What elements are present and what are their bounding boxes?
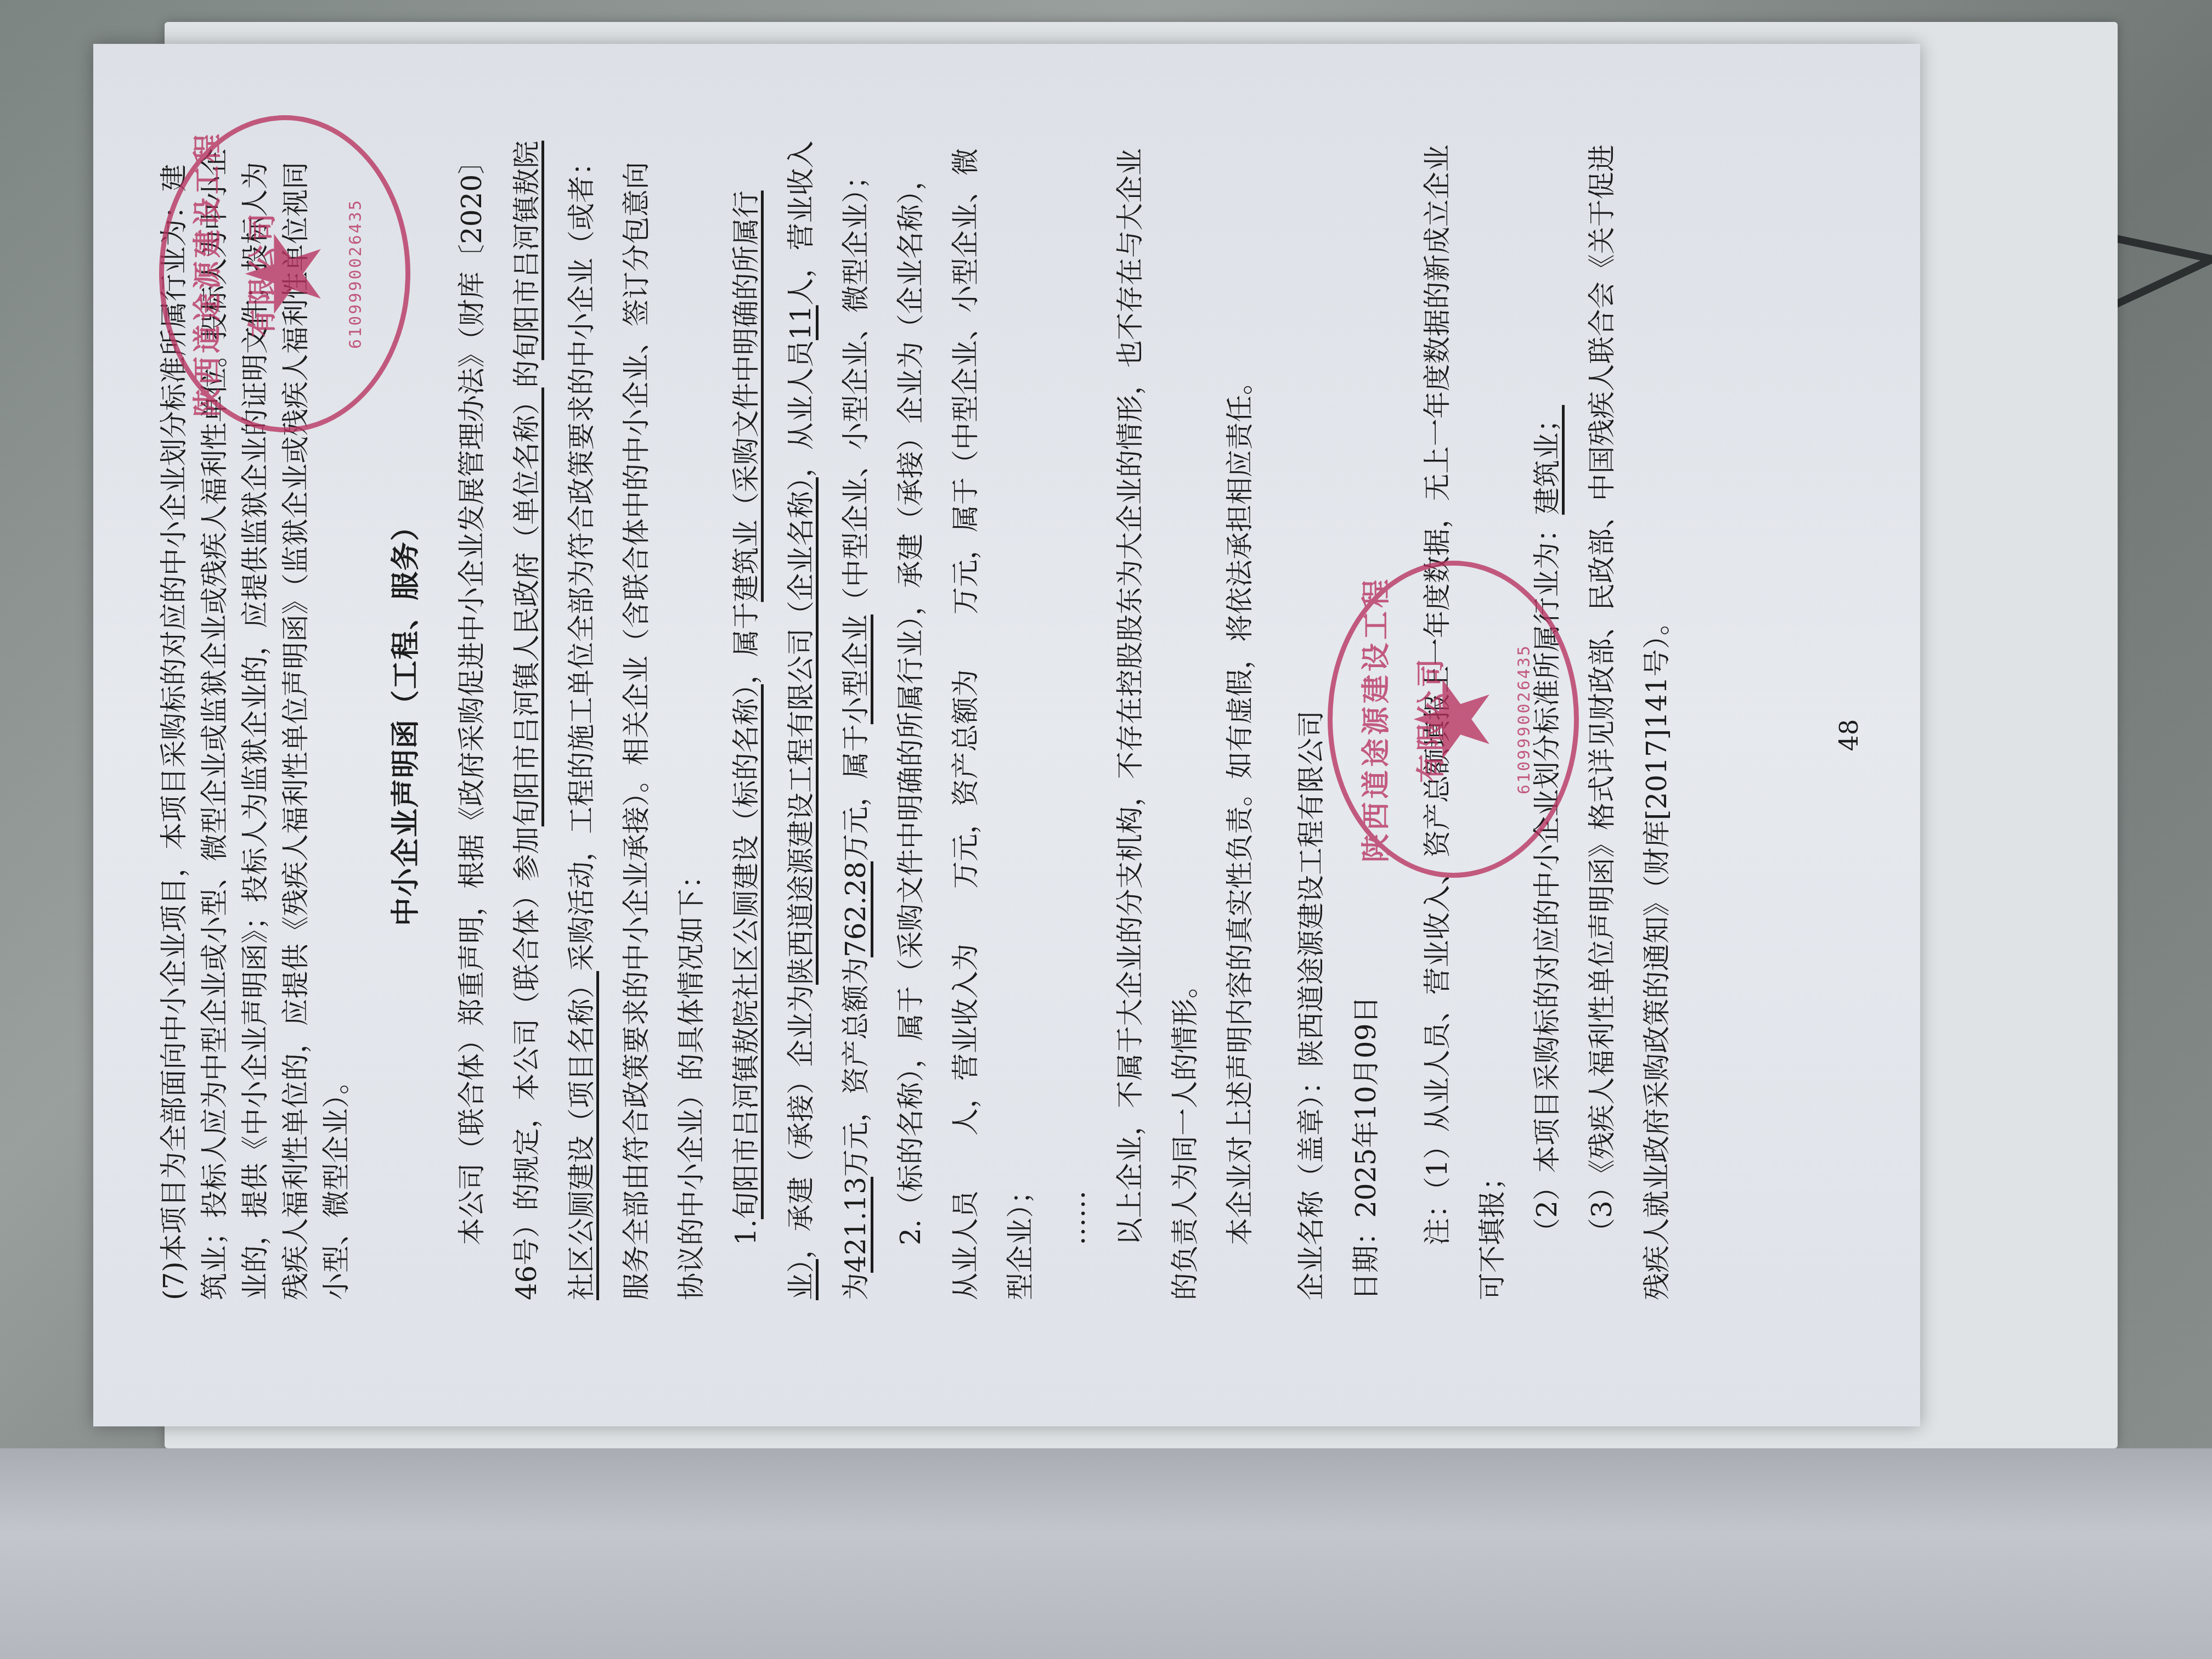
responsibility-paragraph: 本企业对上述声明内容的真实性负责。如有虚假，将依法承担相应责任。 — [1212, 137, 1267, 1300]
company-seal: 陕西道途源建设工程有限公司 ★ 6109990026435 — [159, 115, 410, 432]
declaration-text: 的 — [511, 360, 543, 387]
note-3: （3）《残疾人福利性单位声明函》格式详见财政部、民政部、中国残疾人联合会《关于促… — [1575, 137, 1684, 1300]
date-value: 2025年10月09日 — [1350, 996, 1382, 1218]
item-text: ，属于 — [730, 602, 762, 684]
item-1: 1.旬阳市吕河镇敖院社区公厕建设（标的名称），属于建筑业（采购文件中明确的所属行… — [719, 137, 883, 1300]
declaration-paragraph: 本公司（联合体）郑重声明，根据《政府采购促进中小企业发展管理办法》（财库〔202… — [444, 137, 719, 1300]
company-name: 陕西道途源建设工程有限公司（企业名称） — [785, 477, 817, 985]
item-text: ，承建（承接）企业为 — [785, 985, 817, 1259]
company-seal: 陕西道途源建设工程有限公司 ★ 6109990026435 — [1328, 561, 1579, 878]
document-page: (7)本项目为全部面向中小企业项目，本项目采购标的对应的中小企业划分标准所属行业… — [93, 44, 1920, 1426]
enterprise-size: 小型企业 — [840, 614, 872, 724]
item-number: 1. — [730, 1219, 762, 1245]
revenue-value: 421.13 — [840, 1177, 872, 1273]
item-text: （中型企业、小型企业、微型企业）； — [840, 162, 872, 614]
item-text: ，从业人员 — [785, 340, 817, 477]
seal-code: 6109990026435 — [329, 120, 383, 427]
employee-count: 11 — [785, 305, 817, 340]
statement-paragraph: 以上企业，不属于大企业的分支机构，不存在控股股东为大企业的情形，也不存在与大企业… — [1103, 137, 1212, 1300]
item-text: 万元，属于 — [840, 724, 872, 861]
seal-text: 陕西道途源建设工程有限公司 — [180, 120, 290, 427]
subject-name: 旬阳市吕河镇敖院社区公厕建设（标的名称） — [730, 684, 762, 1219]
facing-page-edge — [0, 1448, 2212, 1659]
seal-code: 6109990026435 — [1497, 566, 1552, 873]
purchaser-name: 旬阳市吕河镇人民政府（单位名称） — [511, 387, 543, 826]
seal-text: 陕西道途源建设工程有限公司 — [1349, 566, 1459, 873]
signature-label: 企业名称（盖章）： — [1295, 1067, 1327, 1300]
signature-company: 陕西道途源建设工程有限公司 — [1295, 710, 1327, 1067]
page-number: 48 — [1821, 44, 1876, 1426]
ellipsis: …… — [1048, 137, 1103, 1300]
document-page-rotated: (7)本项目为全部面向中小企业项目，本项目采购标的对应的中小企业划分标准所属行业… — [93, 44, 1920, 1426]
item-2: 2.（标的名称），属于（采购文件中明确的所属行业），承建（承接）企业为（企业名称… — [883, 137, 1048, 1300]
item-text: 万元，资产总额为 — [840, 957, 872, 1177]
date-label: 日期： — [1350, 1218, 1382, 1300]
assets-value: 762.28 — [840, 861, 872, 957]
note-industry: 建筑业； — [1531, 405, 1563, 515]
